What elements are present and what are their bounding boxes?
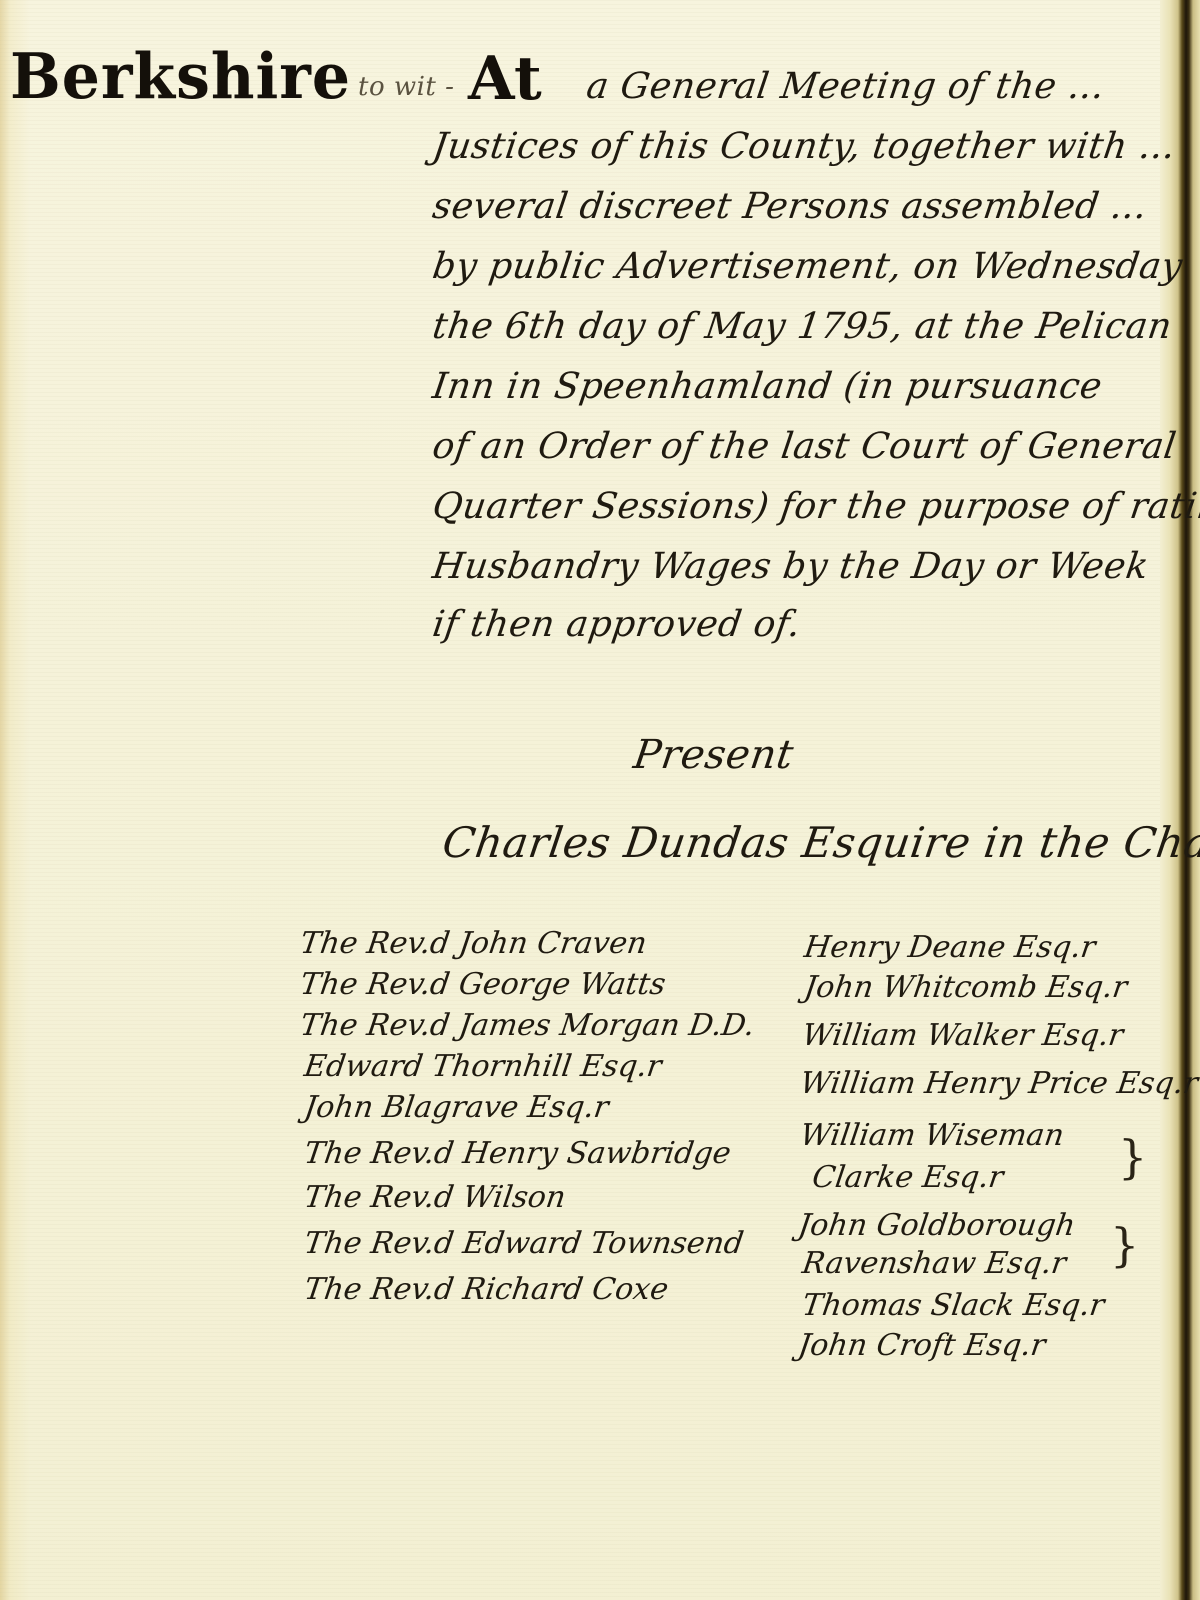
brace-mark: } (1118, 1130, 1147, 1184)
body-line-9: Husbandry Wages by the Day or Week (430, 546, 1151, 587)
county-heading: Berkshire (10, 40, 351, 114)
attendee-name: Clarke Esq.r (810, 1160, 1006, 1195)
attendee-name: John Blagrave Esq.r (302, 1090, 611, 1125)
body-line-3: several discreet Persons assembled ... (430, 186, 1150, 227)
body-line-1: a General Meeting of the ... (584, 66, 1107, 107)
to-wit-text: to wit - (358, 72, 454, 102)
brace-mark: } (1110, 1218, 1139, 1272)
attendee-name: The Rev.d George Watts (298, 967, 668, 1002)
attendee-name: William Wiseman (798, 1118, 1066, 1153)
attendee-name: Edward Thornhill Esq.r (302, 1049, 664, 1084)
body-line-2: Justices of this County, together with .… (430, 126, 1178, 167)
body-line-5: the 6th day of May 1795, at the Pelican (430, 306, 1175, 347)
body-line-8: Quarter Sessions) for the purpose of rat… (430, 486, 1200, 527)
present-heading: Present (631, 732, 797, 778)
attendee-name: William Walker Esq.r (800, 1018, 1125, 1053)
body-line-10: if then approved of. (430, 604, 803, 645)
attendee-name: William Henry Price Esq.r (798, 1066, 1200, 1101)
body-line-6: Inn in Speenhamland (in pursuance (430, 366, 1105, 407)
attendee-name: The Rev.d John Craven (298, 926, 649, 961)
attendee-name: The Rev.d Richard Coxe (302, 1272, 671, 1307)
attendee-name: John Goldborough (796, 1208, 1078, 1243)
attendee-name: The Rev.d Edward Townsend (302, 1226, 746, 1261)
body-line-7: of an Order of the last Court of General (430, 426, 1179, 467)
at-initial: At (468, 44, 542, 114)
attendee-name: Henry Deane Esq.r (802, 930, 1098, 965)
attendee-name: The Rev.d Wilson (302, 1180, 568, 1215)
attendee-name: The Rev.d James Morgan D.D. (298, 1008, 757, 1043)
attendee-name: The Rev.d Henry Sawbridge (302, 1136, 733, 1171)
body-line-4: by public Advertisement, on Wednesday (430, 246, 1185, 287)
book-binding-gutter (1160, 0, 1200, 1600)
attendee-name: Thomas Slack Esq.r (800, 1288, 1107, 1323)
attendee-name: John Whitcomb Esq.r (802, 970, 1129, 1005)
manuscript-page: Berkshire to wit - At a General Meeting … (0, 0, 1200, 1600)
chair-line: Charles Dundas Esquire in the Chair (440, 818, 1200, 867)
attendee-name: John Croft Esq.r (796, 1328, 1048, 1363)
attendee-name: Ravenshaw Esq.r (800, 1246, 1068, 1281)
